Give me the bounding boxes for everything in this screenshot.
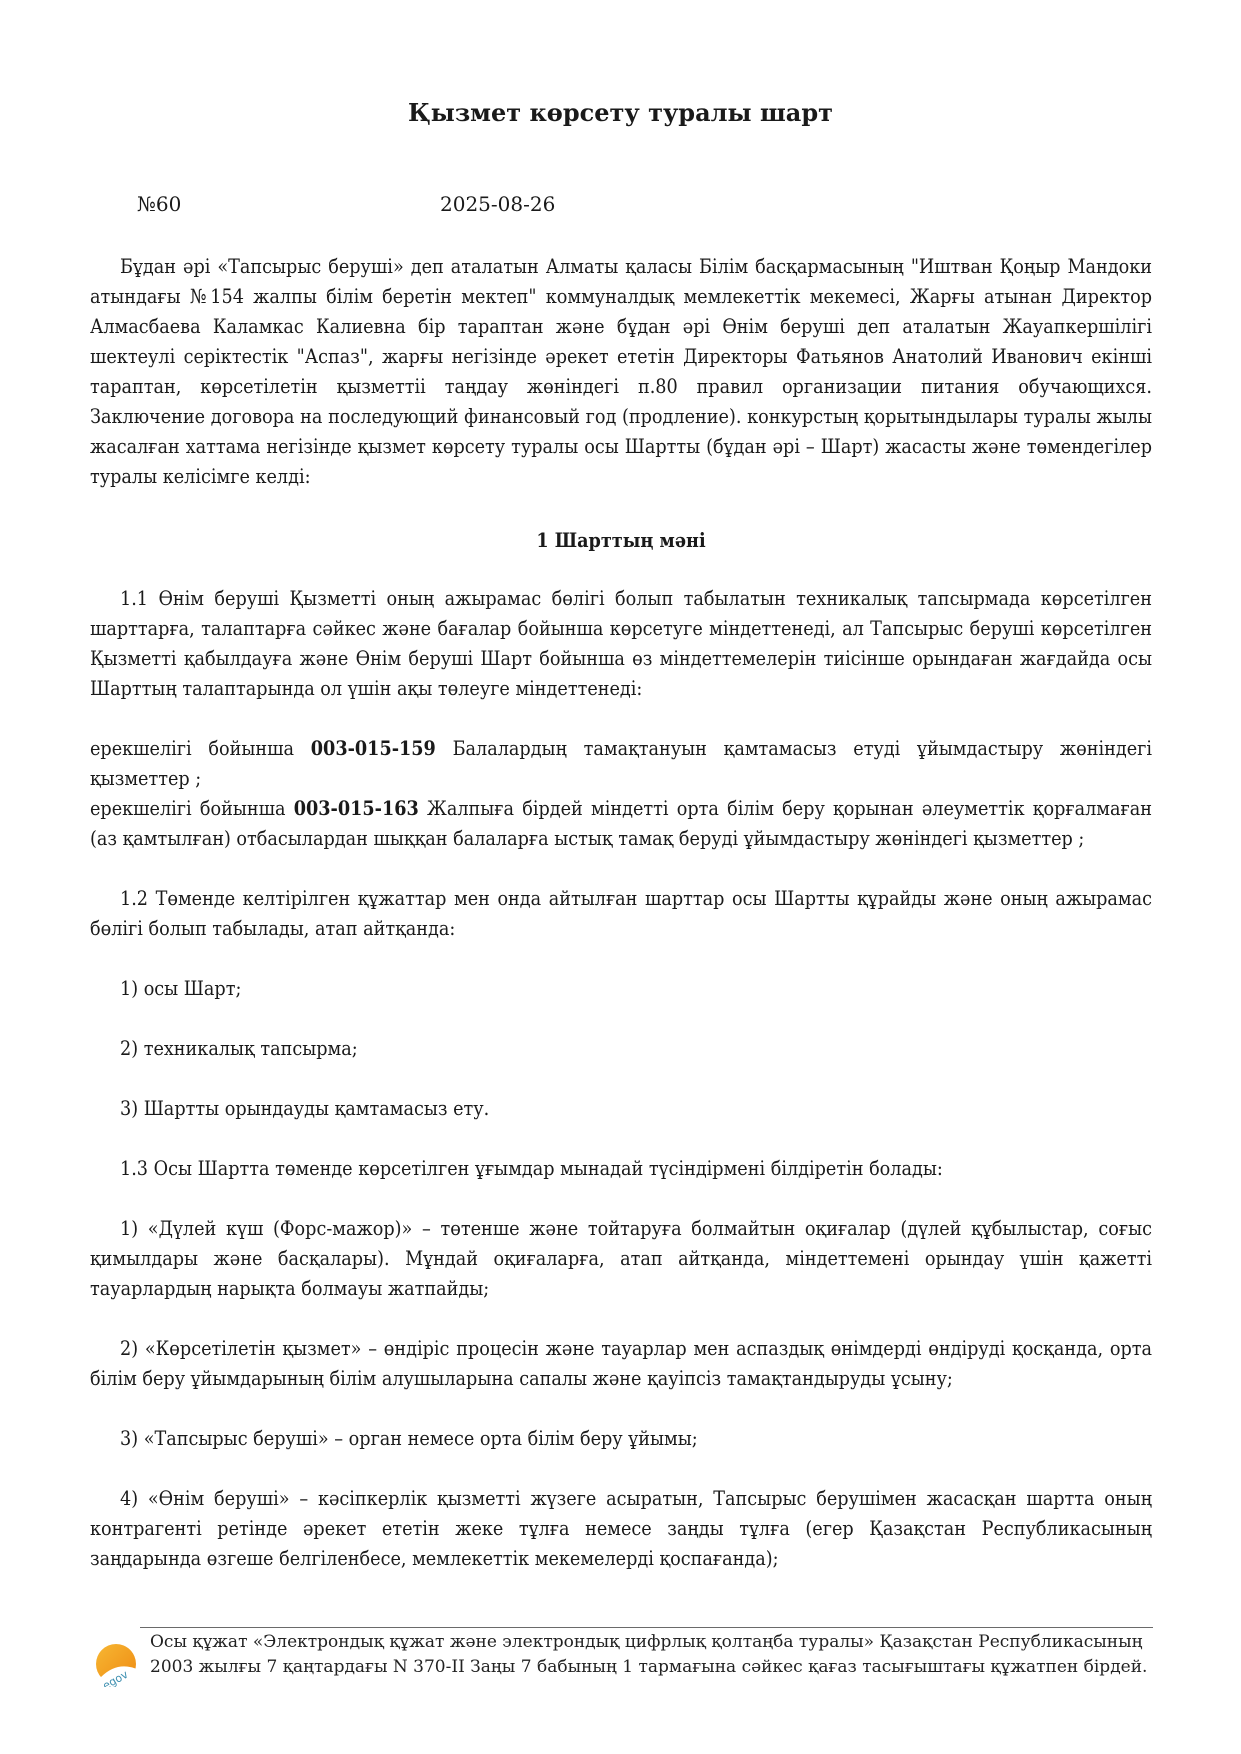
definition-item: 4) «Өнім беруші» – кәсіпкерлік қызметті … <box>90 1484 1152 1574</box>
service-code: 003-015-163 <box>294 797 419 820</box>
doc-list-item: 2) техникалық тапсырма; <box>90 1034 1152 1064</box>
preamble-block: Бұдан әрі «Тапсырыс беруші» деп аталатын… <box>90 252 1152 492</box>
definition-item: 1) «Дүлей күш (Форс-мажор)» – төтенше жә… <box>90 1214 1152 1304</box>
footer-divider <box>140 1627 1153 1628</box>
e-signature-notice: Осы құжат «Электрондық құжат және электр… <box>150 1630 1150 1680</box>
e-gov-sun-logo-icon: egov <box>93 1641 139 1687</box>
service-item: ерекшелігі бойынша 003-015-163 Жалпыға б… <box>90 794 1152 854</box>
contract-number: №60 <box>137 192 181 216</box>
section-1: 1 Шарттың мәні 1.1 Өнім беруші Қызметті … <box>90 526 1152 1574</box>
doc-list-item: 3) Шартты орындауды қамтамасыз ету. <box>90 1094 1152 1124</box>
contract-date: 2025-08-26 <box>440 192 555 216</box>
service-prefix: ерекшелігі бойынша <box>90 737 311 760</box>
clause-1-3: 1.3 Осы Шартта төменде көрсетілген ұғымд… <box>90 1154 1152 1184</box>
doc-list-item: 1) осы Шарт; <box>90 974 1152 1004</box>
document-title: Қызмет көрсету туралы шарт <box>0 98 1241 127</box>
clause-1-1: 1.1 Өнім беруші Қызметті оның ажырамас б… <box>90 584 1152 704</box>
definition-item: 2) «Көрсетілетін қызмет» – өндіріс проце… <box>90 1334 1152 1394</box>
service-item: ерекшелігі бойынша 003-015-159 Балаларды… <box>90 734 1152 794</box>
definition-item: 3) «Тапсырыс беруші» – орган немесе орта… <box>90 1424 1152 1454</box>
clause-1-2: 1.2 Төменде келтірілген құжаттар мен онд… <box>90 884 1152 944</box>
document-page: Қызмет көрсету туралы шарт №60 2025-08-2… <box>0 0 1241 1754</box>
preamble-paragraph: Бұдан әрі «Тапсырыс беруші» деп аталатын… <box>90 252 1152 492</box>
service-code: 003-015-159 <box>311 737 436 760</box>
section-heading: 1 Шарттың мәні <box>90 526 1152 556</box>
service-prefix: ерекшелігі бойынша <box>90 797 294 820</box>
